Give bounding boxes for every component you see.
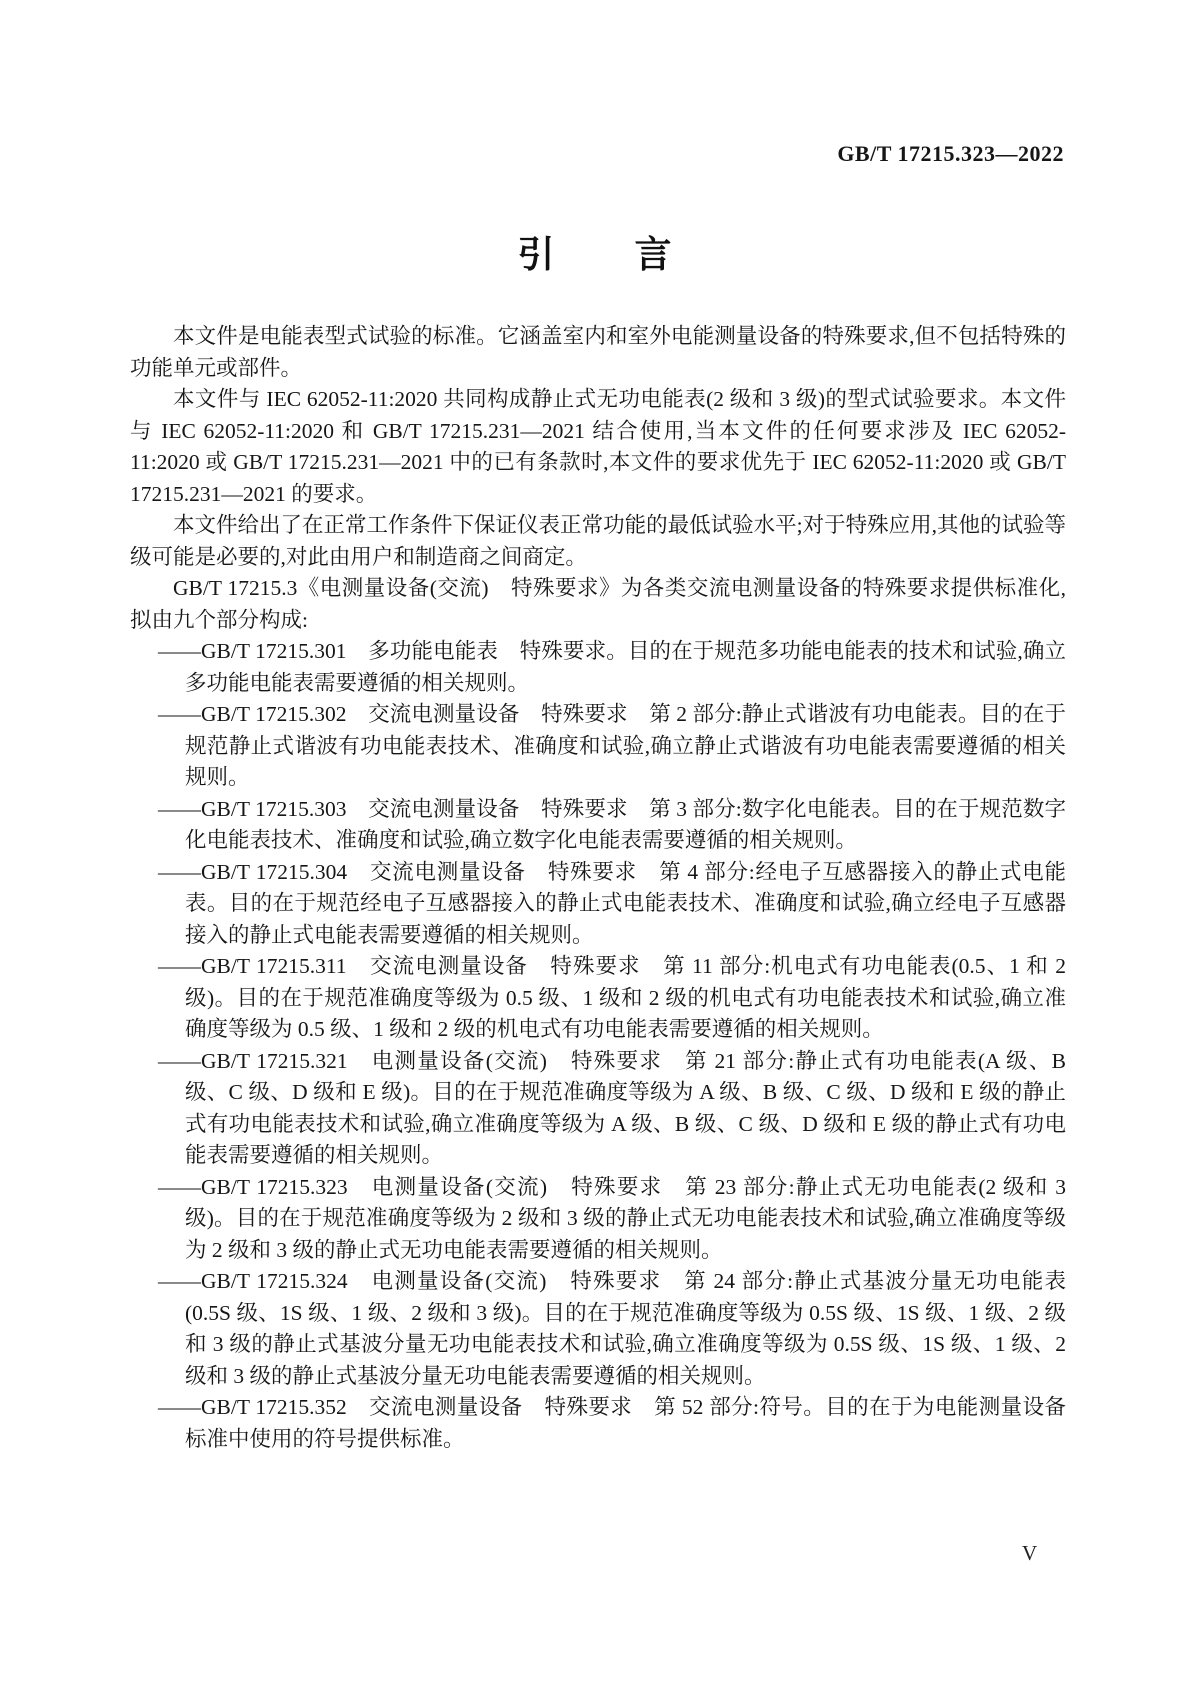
page-title: 引 言 bbox=[0, 224, 1191, 278]
list-item-gbt-17215-303: ——GB/T 17215.303 交流电测量设备 特殊要求 第 3 部分:数字化… bbox=[185, 794, 1066, 857]
document-page: GB/T 17215.323—2022 引 言 本文件是电能表型式试验的标准。它… bbox=[0, 0, 1191, 1684]
intro-paragraph-2: 本文件与 IEC 62052-11:2020 共同构成静止式无功电能表(2 级和… bbox=[130, 384, 1066, 510]
introduction-body: 本文件是电能表型式试验的标准。它涵盖室内和室外电能测量设备的特殊要求,但不包括特… bbox=[130, 321, 1066, 1455]
intro-paragraph-1: 本文件是电能表型式试验的标准。它涵盖室内和室外电能测量设备的特殊要求,但不包括特… bbox=[130, 321, 1066, 384]
list-item-gbt-17215-324: ——GB/T 17215.324 电测量设备(交流) 特殊要求 第 24 部分:… bbox=[185, 1266, 1066, 1392]
list-item-gbt-17215-321: ——GB/T 17215.321 电测量设备(交流) 特殊要求 第 21 部分:… bbox=[185, 1046, 1066, 1172]
intro-paragraph-3: 本文件给出了在正常工作条件下保证仪表正常功能的最低试验水平;对于特殊应用,其他的… bbox=[130, 510, 1066, 573]
list-item-gbt-17215-323: ——GB/T 17215.323 电测量设备(交流) 特殊要求 第 23 部分:… bbox=[185, 1172, 1066, 1267]
list-item-gbt-17215-302: ——GB/T 17215.302 交流电测量设备 特殊要求 第 2 部分:静止式… bbox=[185, 699, 1066, 794]
page-number: V bbox=[1022, 1541, 1037, 1566]
intro-paragraph-4: GB/T 17215.3《电测量设备(交流) 特殊要求》为各类交流电测量设备的特… bbox=[130, 573, 1066, 636]
standard-code-header: GB/T 17215.323—2022 bbox=[837, 141, 1064, 167]
list-item-gbt-17215-311: ——GB/T 17215.311 交流电测量设备 特殊要求 第 11 部分:机电… bbox=[185, 951, 1066, 1046]
list-item-gbt-17215-304: ——GB/T 17215.304 交流电测量设备 特殊要求 第 4 部分:经电子… bbox=[185, 857, 1066, 952]
list-item-gbt-17215-352: ——GB/T 17215.352 交流电测量设备 特殊要求 第 52 部分:符号… bbox=[185, 1392, 1066, 1455]
list-item-gbt-17215-301: ——GB/T 17215.301 多功能电能表 特殊要求。目的在于规范多功能电能… bbox=[185, 636, 1066, 699]
